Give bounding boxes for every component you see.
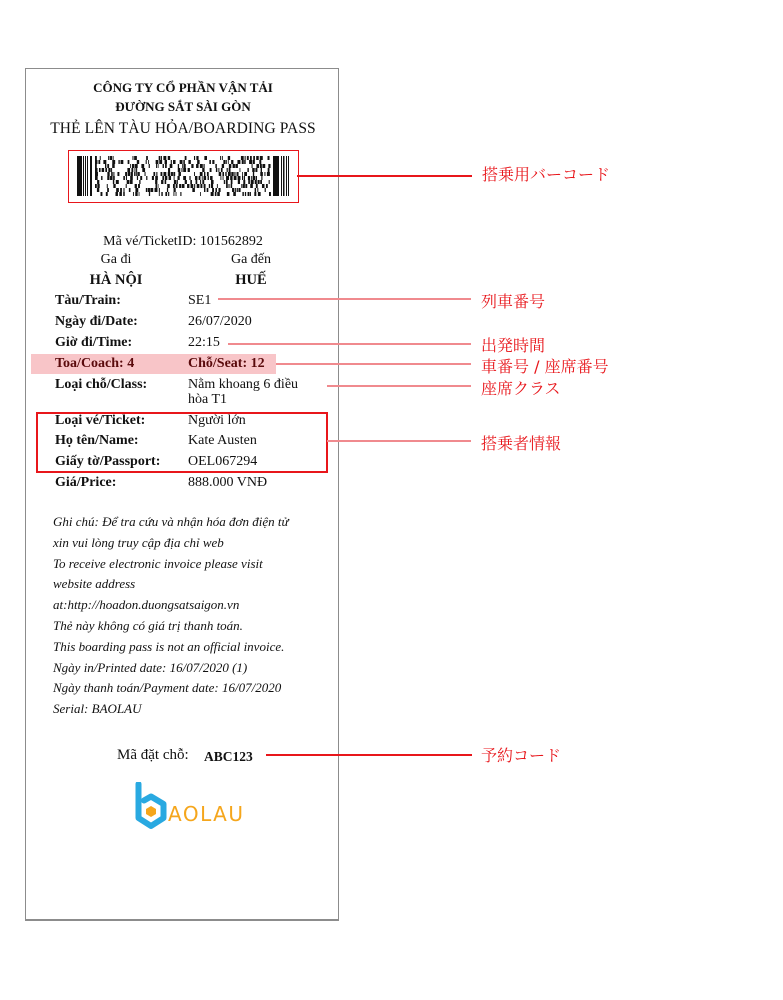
- logo-text: AOLAU: [168, 802, 245, 826]
- leader-passenger-info: [327, 440, 471, 442]
- to-station: HUẾ: [211, 272, 291, 289]
- leader-departure-time: [228, 343, 471, 345]
- seat-value: Chỗ/Seat: 12: [188, 356, 265, 372]
- train-value: SE1: [188, 293, 211, 309]
- class-label: Loại chỗ/Class:: [55, 377, 147, 393]
- passport-label: Giấy tờ/Passport:: [55, 454, 160, 470]
- price-label: Giá/Price:: [55, 475, 116, 491]
- train-label: Tàu/Train:: [55, 293, 121, 309]
- leader-seat-class: [327, 385, 471, 387]
- company-name-line1: CÔNG TY CỔ PHẦN VẬN TẢI: [26, 80, 340, 96]
- baolau-b-hexagon-icon: [134, 782, 168, 830]
- name-value: Kate Austen: [188, 433, 257, 449]
- annotation-booking-code: 予約コード: [481, 743, 561, 766]
- note-line: Serial: BAOLAU: [53, 701, 141, 717]
- ticket-type-value: Người lớn: [188, 413, 246, 429]
- note-line: This boarding pass is not an official in…: [53, 639, 284, 655]
- leader-coach-seat: [276, 363, 471, 365]
- date-value: 26/07/2020: [188, 314, 252, 330]
- leader-booking-code: [266, 754, 472, 756]
- barcode-highlight-box: [68, 150, 299, 203]
- boarding-pass: CÔNG TY CỔ PHẦN VẬN TẢI ĐƯỜNG SẮT SÀI GÒ…: [25, 68, 339, 921]
- note-line: xin vui lòng truy cập địa chỉ web: [53, 535, 224, 551]
- coach-value: Toa/Coach: 4: [55, 356, 134, 372]
- note-line: Ghi chú: Để tra cứu và nhận hóa đơn điện…: [53, 514, 289, 530]
- note-line: website address: [53, 576, 135, 592]
- booking-code-label: Mã đặt chỗ:: [117, 747, 189, 764]
- annotation-seat-class: 座席クラス: [481, 376, 561, 399]
- note-line: at:http://hoadon.duongsatsaigon.vn: [53, 597, 239, 613]
- ticket-type-label: Loại vé/Ticket:: [55, 413, 145, 429]
- class-value-line1: Nằm khoang 6 điều: [188, 377, 298, 393]
- pdf417-barcode-icon: [77, 156, 290, 196]
- date-label: Ngày đi/Date:: [55, 314, 138, 330]
- note-line: Ngày in/Printed date: 16/07/2020 (1): [53, 660, 247, 676]
- ticket-id: Mã vé/TicketID: 101562892: [26, 234, 340, 250]
- name-label: Họ tên/Name:: [55, 433, 139, 449]
- note-line: To receive electronic invoice please vis…: [53, 556, 263, 572]
- leader-train-number: [218, 298, 471, 300]
- boarding-pass-title: THẺ LÊN TÀU HỎA/BOARDING PASS: [26, 120, 340, 138]
- annotation-train-number: 列車番号: [481, 289, 545, 312]
- company-name-line2: ĐƯỜNG SẮT SÀI GÒN: [26, 99, 340, 115]
- annotation-coach-seat: 車番号 / 座席番号: [481, 354, 609, 377]
- annotation-passenger-info: 搭乗者情報: [481, 431, 561, 454]
- from-station: HÀ NỘI: [76, 272, 156, 289]
- passport-value: OEL067294: [188, 454, 257, 470]
- note-line: Thẻ này không có giá trị thanh toán.: [53, 618, 243, 634]
- time-label: Giờ đi/Time:: [55, 335, 132, 351]
- annotation-departure-time: 出発時間: [481, 333, 545, 356]
- time-value: 22:15: [188, 335, 220, 351]
- class-value-line2: hòa T1: [188, 392, 227, 408]
- price-value: 888.000 VNĐ: [188, 475, 267, 491]
- baolau-logo: AOLAU: [134, 782, 244, 832]
- annotation-barcode: 搭乗用バーコード: [482, 162, 610, 185]
- to-label: Ga đến: [211, 252, 291, 268]
- note-line: Ngày thanh toán/Payment date: 16/07/2020: [53, 680, 281, 696]
- from-label: Ga đi: [76, 252, 156, 268]
- booking-code-value: ABC123: [204, 749, 253, 765]
- leader-barcode: [297, 175, 472, 177]
